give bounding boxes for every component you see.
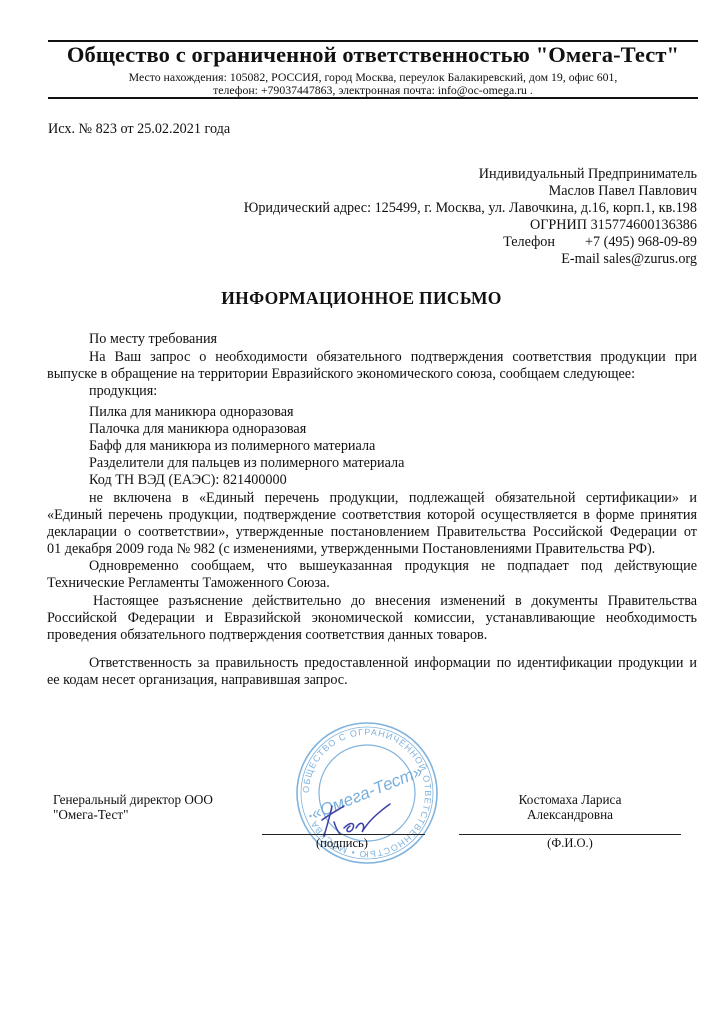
outgoing-reference: Исх. № 823 от 25.02.2021 года	[48, 121, 230, 138]
tr-line-1: Одновременно сообщаем, что вышеуказанная…	[47, 558, 697, 575]
not-included-line-1: не включена в «Единый перечень продукции…	[47, 490, 697, 507]
tn-ved-code: Код ТН ВЭД (ЕАЭС): 821400000	[89, 472, 287, 489]
recipient-phone: Телефон+7 (495) 968-09-89	[244, 234, 697, 251]
signer-name: Костомаха Лариса Александровна	[459, 792, 681, 822]
name-line	[459, 834, 681, 835]
company-name: Общество с ограниченной ответственностью…	[48, 42, 698, 68]
recipient-title: Индивидуальный Предприниматель	[244, 166, 697, 183]
validity-text-1: Настоящее разъяснение действительно до в…	[93, 593, 697, 609]
phone-value: +7 (495) 968-09-89	[585, 234, 697, 250]
not-included-text-1: не включена в «Единый перечень продукции…	[89, 490, 697, 506]
product-item: Бафф для маникюра из полимерного материа…	[89, 438, 375, 455]
signer-position-line-1: Генеральный директор ООО	[53, 792, 213, 807]
tr-text-1: Одновременно сообщаем, что вышеуказанная…	[89, 558, 697, 574]
intro-text-1: На Ваш запрос о необходимости обязательн…	[89, 349, 697, 365]
signature-line	[262, 834, 425, 835]
recipient-block: Индивидуальный Предприниматель Маслов Па…	[244, 166, 697, 269]
name-caption: (Ф.И.О.)	[459, 836, 681, 851]
product-item: Пилка для маникюра одноразовая	[89, 404, 294, 421]
recipient-legal-address: Юридический адрес: 125499, г. Москва, ул…	[244, 200, 697, 217]
not-included-line-2: «Единый перечень продукции, подтверждени…	[47, 507, 697, 524]
responsibility-text-1: Ответственность за правильность предоста…	[89, 655, 697, 671]
product-item: Разделители для пальцев из полимерного м…	[89, 455, 404, 472]
signer-position: Генеральный директор ООО "Омега-Тест"	[53, 792, 213, 822]
product-item: Палочка для маникюра одноразовая	[89, 421, 306, 438]
recipient-email: E-mail sales@zurus.org	[244, 251, 697, 268]
not-included-line-4: 01 декабря 2009 года № 982 (с изменениям…	[47, 541, 697, 558]
intro-line-1: На Ваш запрос о необходимости обязательн…	[47, 349, 697, 366]
intro-line-2: выпуске в обращение на территории Еврази…	[47, 366, 635, 383]
responsibility-line-1: Ответственность за правильность предоста…	[47, 655, 697, 672]
responsibility-line-2: ее кодам несет организация, направившая …	[47, 672, 697, 689]
signature-caption: (подпись)	[316, 836, 368, 851]
not-included-line-3: декларации о соответствии», утвержденные…	[47, 524, 697, 541]
recipient-ogrnip: ОГРНИП 315774600136386	[244, 217, 697, 234]
validity-line-3: проведения обязательного подтверждения с…	[47, 627, 697, 644]
validity-line-2: Российской Федерации и Евразийской эконо…	[47, 610, 697, 627]
salutation: По месту требования	[89, 331, 217, 348]
signer-name-line-2: Александровна	[459, 807, 681, 822]
signer-position-line-2: "Омега-Тест"	[53, 807, 213, 822]
company-contacts: телефон: +79037447863, электронная почта…	[48, 83, 698, 98]
recipient-name: Маслов Павел Павлович	[244, 183, 697, 200]
products-label: продукция:	[89, 383, 157, 400]
validity-line-1: Настоящее разъяснение действительно до в…	[47, 593, 697, 610]
letterhead-bottom-rule	[48, 97, 698, 99]
signer-name-line-1: Костомаха Лариса	[459, 792, 681, 807]
document-title: ИНФОРМАЦИОННОЕ ПИСЬМО	[0, 288, 723, 309]
phone-label: Телефон	[503, 234, 555, 250]
tr-line-2: Технические Регламенты Таможенного Союза…	[47, 575, 697, 592]
